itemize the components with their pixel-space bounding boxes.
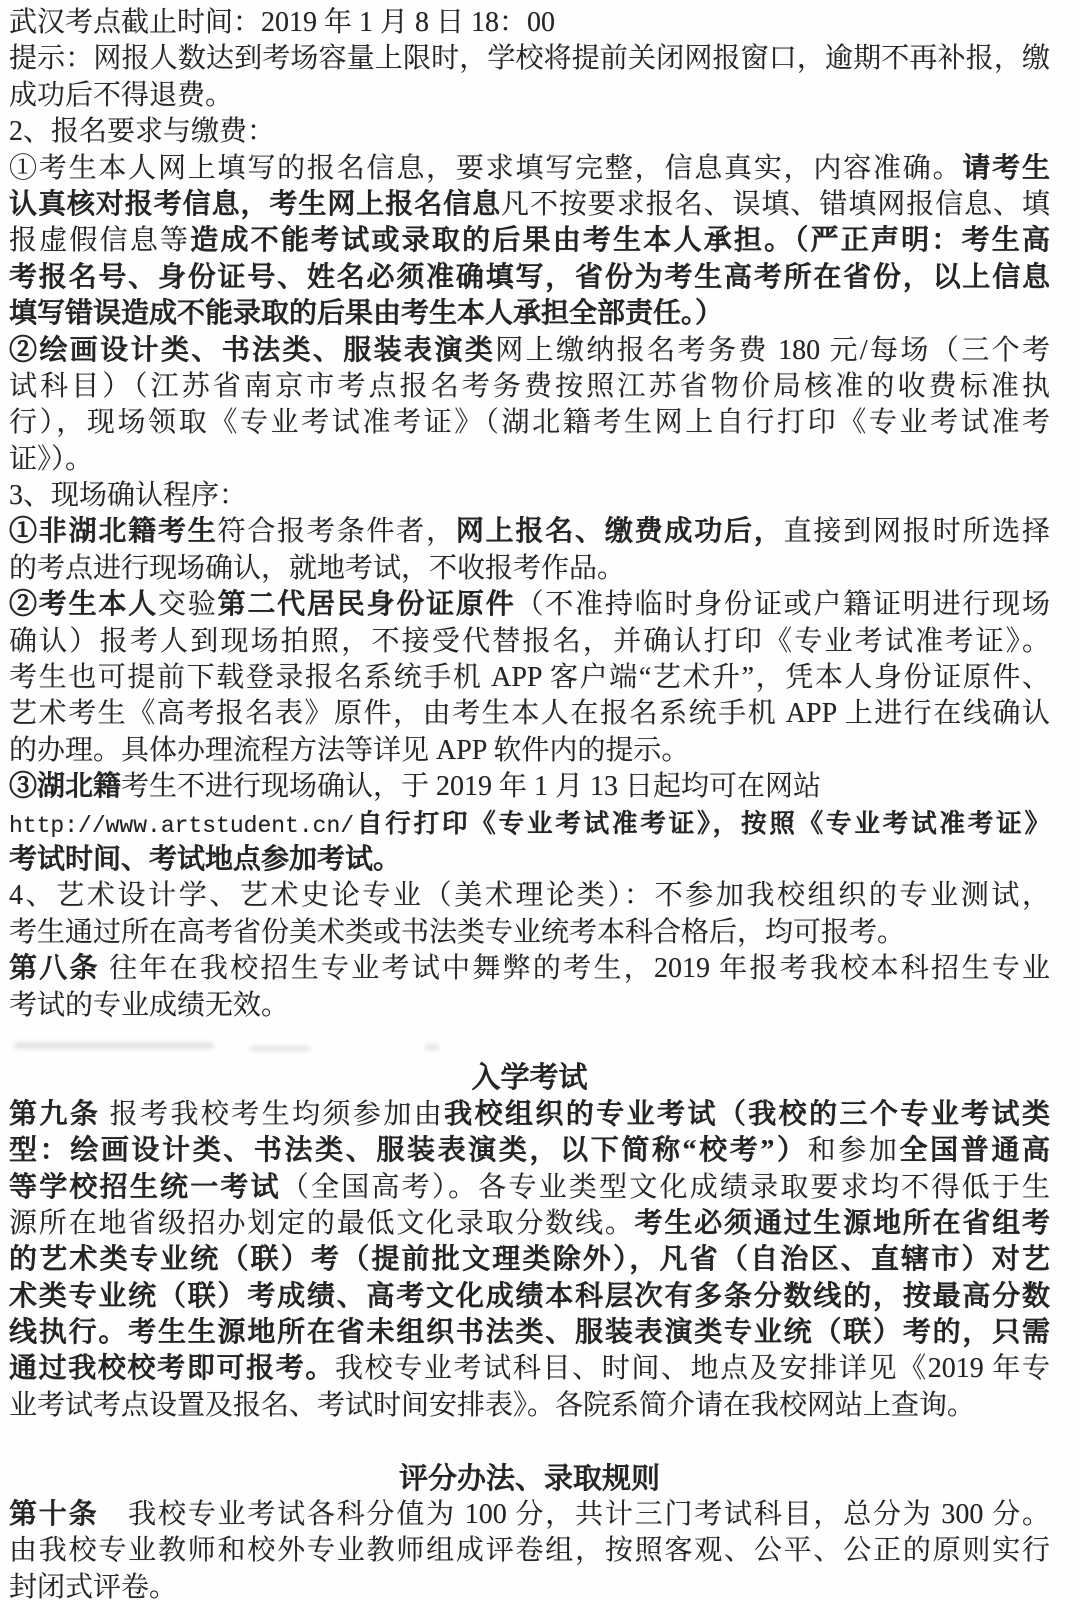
body-text: 确认）报考人到现场拍照，不接受代替报名，并确认打印《专业考试准考证》。 xyxy=(9,626,1050,657)
url-text: http://www.artstudent.cn/ xyxy=(9,813,354,839)
text-line: 确认）报考人到现场拍照，不接受代替报名，并确认打印《专业考试准考证》。 xyxy=(9,624,1050,660)
bold-text: 第二代居民身份证原件 xyxy=(218,589,516,620)
text-line: 业考试考点设置及报名、考试时间安排表》。各院系简介请在我校网站上查询。 xyxy=(9,1388,1050,1424)
bold-text: 入学考试 xyxy=(471,1062,587,1094)
text-line: 提示：网报人数达到考场容量上限时，学校将提前关闭网报窗口，逾期不再补报，缴费 xyxy=(9,41,1050,77)
body-text: 考生也可提前下载登录报名系统手机 APP 客户端“艺术升”，凭本人身份证原件、 xyxy=(9,662,1050,693)
text-line: ①考生本人网上填写的报名信息，要求填写完整，信息真实，内容准确。请考生 xyxy=(9,151,1050,187)
body-text: 考生通过所在高考省份美术类或书法类专业统考本科合格后，均可报考。 xyxy=(9,917,905,948)
body-text: 提示：网报人数达到考场容量上限时，学校将提前关闭网报窗口，逾期不再补报，缴费 xyxy=(9,43,1050,77)
text-line: 行），现场领取《专业考试准考证》（湖北籍考生网上自行打印《专业考试准考 xyxy=(9,405,1050,441)
text-line: ③湖北籍考生不进行现场确认，于 2019 年 1 月 13 日起均可在网站 xyxy=(9,769,1050,805)
scan-smudge xyxy=(250,1046,310,1051)
body-text: 报虚假信息等 xyxy=(9,225,190,256)
body-text: 由我校专业教师和校外专业教师组成评卷组，按照客观、公平、公正的原则实行 xyxy=(9,1535,1050,1566)
blank-line xyxy=(9,1424,1050,1460)
bold-text: 认真核对报考信息，考生网上报名信息 xyxy=(9,189,501,220)
body-text: 考生不进行现场确认，于 2019 年 1 月 13 日起均可在网站 xyxy=(121,771,821,802)
body-text: ①考生本人网上填写的报名信息，要求填写完整，信息真实，内容准确。 xyxy=(9,153,962,184)
bold-text: 第八条 xyxy=(9,953,100,984)
bold-text: 通过我校校考即可报考。 xyxy=(9,1353,335,1384)
bold-text: 请考生 xyxy=(962,153,1050,184)
text-line: 的办理。具体办理流程方法等详见 APP 软件内的提示。 xyxy=(9,733,1050,769)
text-line: 型：绘画设计类、书法类、服装表演类，以下简称“校考”）和参加全国普通高 xyxy=(9,1133,1050,1169)
bold-text: 术类专业统（联）考成绩、高考文化成绩本科层次有多条分数线的，按最高分数 xyxy=(9,1281,1050,1312)
text-line: 填写错误造成不能录取的后果由考生本人承担全部责任。） xyxy=(9,296,1050,332)
text-line: 的考点进行现场确认，就地考试，不收报考作品。 xyxy=(9,551,1050,587)
text-line: 通过我校校考即可报考。我校专业考试科目、时间、地点及安排详见《2019 年专 xyxy=(9,1351,1050,1387)
bold-text: 的艺术类专业统（联）考（提前批文理类除外），凡省（自治区、直辖市）对艺 xyxy=(9,1244,1050,1275)
body-text: 我校专业考试科目、时间、地点及安排详见《2019 年专 xyxy=(335,1353,1050,1384)
body-text: 我校专业考试各科分值为 100 分，共计三门考试科目，总分为 300 分。 xyxy=(98,1499,1050,1530)
text-line: 封闭式评卷。 xyxy=(9,1570,1050,1600)
bold-text: 考试时间、考试地点参加考试。 xyxy=(9,844,401,875)
body-text: （全国高考）。各专业类型文化成绩录取要求均不得低于生 xyxy=(281,1172,1050,1203)
text-line: 术类专业统（联）考成绩、高考文化成绩本科层次有多条分数线的，按最高分数 xyxy=(9,1279,1050,1315)
bold-text: 考报名号、身份证号、姓名必须准确填写，省份为考生高考所在省份，以上信息 xyxy=(9,262,1050,293)
body-text: 的办理。具体办理流程方法等详见 APP 软件内的提示。 xyxy=(9,735,689,766)
body-text: 考试的专业成绩无效。 xyxy=(9,990,289,1021)
body-text: 凡不按要求报名、误填、错填网报信息、填 xyxy=(501,189,1050,220)
text-line: 认真核对报考信息，考生网上报名信息凡不按要求报名、误填、错填网报信息、填 xyxy=(9,187,1050,223)
bold-text: 线执行。考生生源地所在省未组织书法类、服装表演类专业统（联）考的，只需 xyxy=(9,1317,1050,1348)
body-text: 试科目）（江苏省南京市考点报名考务费按照江苏省物价局核准的收费标准执 xyxy=(9,371,1050,402)
bold-text: 型：绘画设计类、书法类、服装表演类，以下简称“校考”） xyxy=(9,1135,808,1166)
scan-smudge xyxy=(14,1042,214,1049)
document-page: 武汉考点截止时间：2019 年 1 月 8 日 18：00提示：网报人数达到考场… xyxy=(0,0,1080,1600)
body-text: 直接到网报时所选择 xyxy=(784,516,1050,547)
text-line: 考生也可提前下载登录报名系统手机 APP 客户端“艺术升”，凭本人身份证原件、 xyxy=(9,660,1050,696)
body-text: 2、报名要求与缴费： xyxy=(9,116,275,147)
body-text: 3、现场确认程序： xyxy=(9,480,247,511)
bold-text: 填写错误造成不能录取的后果由考生本人承担全部责任。） xyxy=(9,298,723,329)
text-line: 考试的专业成绩无效。 xyxy=(9,988,1050,1024)
body-text: 成功后不得退费。 xyxy=(9,80,233,111)
text-line: 2、报名要求与缴费： xyxy=(9,114,1050,150)
body-text: （不准持临时身份证或户籍证明进行现场 xyxy=(516,589,1050,620)
text-line: ②考生本人交验第二代居民身份证原件（不准持临时身份证或户籍证明进行现场 xyxy=(9,587,1050,623)
section-heading: 评分办法、录取规则 xyxy=(9,1461,1050,1497)
bold-text: 评分办法、录取规则 xyxy=(399,1463,660,1495)
text-line: 等学校招生统一考试（全国高考）。各专业类型文化成绩录取要求均不得低于生 xyxy=(9,1170,1050,1206)
bold-text: 造成不能考试或录取的后果由考生本人承担。（严正声明：考生高 xyxy=(190,225,1050,256)
body-text: 网上缴纳报名考务费 180 元/每场（三个考 xyxy=(495,335,1050,366)
bold-text: ①非湖北籍考生 xyxy=(9,516,218,547)
text-line: 源所在地省级招办划定的最低文化录取分数线。考生必须通过生源地所在省组考 xyxy=(9,1206,1050,1242)
bold-text: 我校组织的专业考试（我校的三个专业考试类 xyxy=(444,1099,1050,1130)
text-line: 4、艺术设计学、艺术史论专业（美术理论类）：不参加我校组织的专业测试， xyxy=(9,878,1050,914)
bold-text: ③湖北籍 xyxy=(9,771,121,802)
body-text: 源所在地省级招办划定的最低文化录取分数线。 xyxy=(9,1208,635,1239)
section-heading: 入学考试 xyxy=(9,1060,1050,1096)
text-line: 证》）。 xyxy=(9,442,1050,478)
body-text: 的考点进行现场确认，就地考试，不收报考作品。 xyxy=(9,553,625,584)
text-line: 3、现场确认程序： xyxy=(9,478,1050,514)
body-text: 和参加 xyxy=(808,1135,900,1166)
body-text: 封闭式评卷。 xyxy=(9,1572,177,1600)
bold-text: 全国普通高 xyxy=(900,1135,1050,1166)
text-line: http://www.artstudent.cn/自行打印《专业考试准考证》，按… xyxy=(9,806,1050,842)
text-line: 的艺术类专业统（联）考（提前批文理类除外），凡省（自治区、直辖市）对艺 xyxy=(9,1242,1050,1278)
body-text: 符合报考条件者， xyxy=(218,516,456,547)
body-text: 武汉考点截止时间：2019 年 1 月 8 日 18：00 xyxy=(9,7,555,38)
text-line: 考生通过所在高考省份美术类或书法类专业统考本科合格后，均可报考。 xyxy=(9,915,1050,951)
body-text: 证》）。 xyxy=(9,444,93,475)
text-line: ②绘画设计类、书法类、服装表演类网上缴纳报名考务费 180 元/每场（三个考 xyxy=(9,333,1050,369)
text-line: 考报名号、身份证号、姓名必须准确填写，省份为考生高考所在省份，以上信息 xyxy=(9,260,1050,296)
text-line: 武汉考点截止时间：2019 年 1 月 8 日 18：00 xyxy=(9,5,1050,41)
text-line: 第九条 报考我校考生均须参加由我校组织的专业考试（我校的三个专业考试类 xyxy=(9,1097,1050,1133)
text-line: 艺术考生《高考报名表》原件，由考生本人在报名系统手机 APP 上进行在线确认 xyxy=(9,696,1050,732)
bold-text: ②绘画设计类、书法类、服装表演类 xyxy=(9,335,495,366)
body-text: 行），现场领取《专业考试准考证》（湖北籍考生网上自行打印《专业考试准考 xyxy=(9,407,1050,438)
bold-text: 第九条 xyxy=(9,1099,100,1130)
body-text: 报考我校考生均须参加由 xyxy=(100,1099,444,1130)
bold-text: ②考生本人 xyxy=(9,589,158,620)
body-text: 艺术考生《高考报名表》原件，由考生本人在报名系统手机 APP 上进行在线确认 xyxy=(9,698,1050,729)
text-line: 报虚假信息等造成不能考试或录取的后果由考生本人承担。（严正声明：考生高 xyxy=(9,223,1050,259)
body-text: 业考试考点设置及报名、考试时间安排表》。各院系简介请在我校网站上查询。 xyxy=(9,1390,975,1421)
text-line: 成功后不得退费。 xyxy=(9,78,1050,114)
bold-text: 网上报名、缴费成功后， xyxy=(456,516,784,547)
body-text: 4、艺术设计学、艺术史论专业（美术理论类）：不参加我校组织的专业测试， xyxy=(9,880,1050,911)
text-line: 第十条 我校专业考试各科分值为 100 分，共计三门考试科目，总分为 300 分… xyxy=(9,1497,1050,1533)
bold-text: 考生必须通过生源地所在省组考 xyxy=(635,1208,1050,1239)
bold-text: 自行打印《专业考试准考证》，按照《专业考试准考证》 xyxy=(354,809,1050,838)
scan-smudge xyxy=(425,1044,439,1050)
text-line: 由我校专业教师和校外专业教师组成评卷组，按照客观、公平、公正的原则实行 xyxy=(9,1533,1050,1569)
document-body: 武汉考点截止时间：2019 年 1 月 8 日 18：00提示：网报人数达到考场… xyxy=(9,5,1050,1600)
bold-text: 第十条 xyxy=(9,1499,98,1530)
body-text: 交验 xyxy=(158,589,218,620)
text-line: 线执行。考生生源地所在省未组织书法类、服装表演类专业统（联）考的，只需 xyxy=(9,1315,1050,1351)
text-line: 试科目）（江苏省南京市考点报名考务费按照江苏省物价局核准的收费标准执 xyxy=(9,369,1050,405)
body-text: 往年在我校招生专业考试中舞弊的考生，2019 年报考我校本科招生专业 xyxy=(100,953,1050,984)
text-line: 第八条 往年在我校招生专业考试中舞弊的考生，2019 年报考我校本科招生专业 xyxy=(9,951,1050,987)
text-line: 考试时间、考试地点参加考试。 xyxy=(9,842,1050,878)
text-line: ①非湖北籍考生符合报考条件者，网上报名、缴费成功后，直接到网报时所选择 xyxy=(9,514,1050,550)
bold-text: 等学校招生统一考试 xyxy=(9,1172,281,1203)
